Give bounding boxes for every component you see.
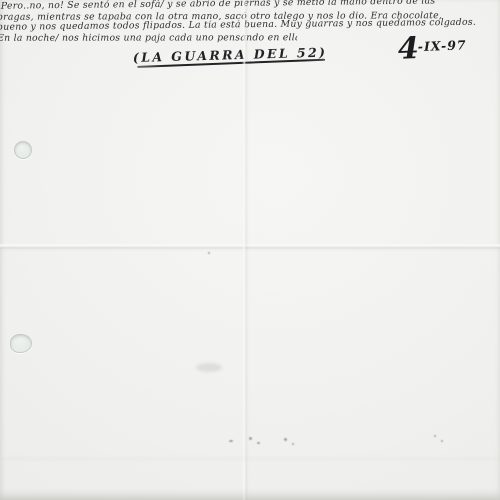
ink-speck: [292, 443, 294, 445]
vertical-fold-crease: [242, 0, 249, 500]
handwriting-line-4: En la noche/ nos hicimos una paja cada u…: [0, 33, 297, 44]
ink-speck: [208, 252, 210, 254]
date-day: 4: [397, 34, 418, 65]
horizontal-fold-crease: [0, 243, 500, 252]
faint-lower-crease: [0, 455, 500, 463]
scan-edge-shadow: [0, 488, 500, 500]
title-annotation: (LA GUARRA DEL 52): [133, 41, 334, 73]
ink-speck: [229, 440, 233, 442]
scanned-page: ¡Pero..no, no! Se sentó en el sofá/ y se…: [0, 0, 500, 500]
punch-hole-bottom: [10, 334, 32, 353]
ink-speck: [249, 437, 252, 440]
ink-speck: [441, 440, 443, 442]
punch-hole-top: [14, 141, 32, 159]
ink-speck: [284, 438, 287, 441]
paper-smear: [196, 363, 222, 372]
date-annotation: 4 -IX-97: [397, 31, 498, 68]
ink-speck: [257, 442, 260, 444]
ink-speck: [434, 435, 436, 437]
date-month-year: -IX-97: [418, 38, 467, 53]
